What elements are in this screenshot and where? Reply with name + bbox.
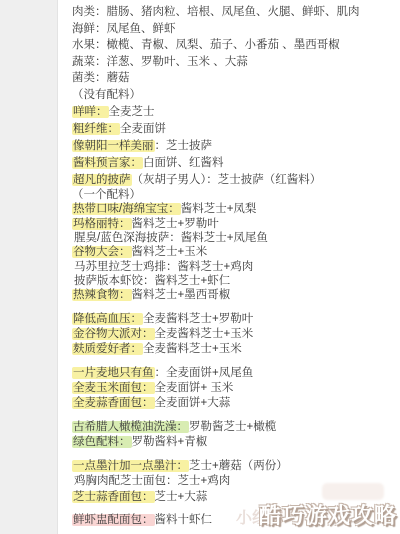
recipe-value: 白面饼、红酱料 <box>143 157 224 169</box>
recipe-name: 一片麦地只有鱼 <box>72 367 155 379</box>
category-text: 海鲜：凤尾鱼、鲜虾 <box>72 23 176 35</box>
category-line-mushroom: 菌类：蘑菇 <box>72 70 396 87</box>
recipe-group-sauce-cheese: 热带口味/海绵宝宝：酱料芝士+凤梨 玛格丽特：酱料芝士+罗勒叶 腥臭/蓝色深海披… <box>72 202 396 302</box>
recipe-line: 一片麦地只有鱼：全麦面饼+凤尾鱼 <box>72 366 396 381</box>
recipe-value: 酱料芝士+凤梨 <box>181 203 257 215</box>
recipe-line: 披萨版本虾饺：酱料芝士+虾仁 <box>72 274 396 288</box>
recipe-name: 热辣食物： <box>72 289 132 301</box>
recipe-line: 像朝阳一样美丽：芝士披萨 <box>72 138 396 155</box>
recipe-value: 全麦酱料芝士+罗勒叶 <box>143 313 253 325</box>
recipe-value: 酱料芝士+罗勒叶 <box>132 218 219 230</box>
recipe-line: 腥臭/蓝色深海披萨：酱料芝士+凤尾鱼 <box>72 231 396 245</box>
recipe-line: 粗纤维：全麦面饼 <box>72 121 396 138</box>
category-text: 蔬菜：洋葱、罗勒叶、玉米 、大蒜 <box>72 56 248 68</box>
section-header-no-topping: （没有配料） <box>72 87 396 104</box>
recipe-line: 麸质爱好者：全麦酱料芝士+玉米 <box>72 342 396 357</box>
recipe-line: 金谷物大派对：全麦酱料芝士+玉米 <box>72 327 396 342</box>
recipe-value: ：芝士披萨 <box>155 140 213 152</box>
left-gutter <box>0 0 58 534</box>
recipe-value: 酱料芝士+玉米 <box>132 246 208 258</box>
recipe-value: （灰胡子男人）：芝士披萨（红酱料） <box>132 174 322 186</box>
recipe-name: 降低高血压： <box>72 313 143 325</box>
recipe-name: 像朝阳一样美丽 <box>72 140 155 152</box>
recipe-value: 腥臭/蓝色深海披萨：酱料芝士+凤尾鱼 <box>74 232 268 244</box>
recipe-value: ：全麦面饼+凤尾鱼 <box>155 367 254 379</box>
category-text: 水果：橄榄、青椒、凤梨、茄子、小番茄 、墨西哥椒 <box>72 39 340 51</box>
recipe-group-basil-sauce: 古希腊人橄榄油洗澡：罗勒酱芝士+橄榄 绿色配料：罗勒酱料+青椒 <box>72 420 396 450</box>
section-header-one-topping: （一个配料） <box>72 189 396 203</box>
category-text: 菌类：蘑菇 <box>72 72 130 84</box>
recipe-value: 酱料芝士+墨西哥椒 <box>132 289 231 301</box>
recipe-name: 金谷物大派对： <box>72 328 155 340</box>
recipe-value: 全麦面饼+大蒜 <box>155 397 231 409</box>
recipe-line: 全麦玉米面包：全麦面饼+ 玉米 <box>72 381 396 396</box>
recipe-line: 降低高血压：全麦酱料芝士+罗勒叶 <box>72 312 396 327</box>
recipe-name: 全麦蒜香面包： <box>72 397 155 409</box>
category-line-fruit: 水果：橄榄、青椒、凤梨、茄子、小番茄 、墨西哥椒 <box>72 37 396 54</box>
recipe-name: 超凡的披萨 <box>72 174 132 186</box>
site-watermark: 酷巧游戏攻略 <box>259 499 397 530</box>
recipe-line: 热带口味/海绵宝宝：酱料芝士+凤梨 <box>72 202 396 216</box>
recipe-name: 麸质爱好者： <box>72 343 143 355</box>
category-line-seafood: 海鲜：凤尾鱼、鲜虾 <box>72 21 396 38</box>
recipe-name: 全麦玉米面包： <box>72 382 155 394</box>
recipe-line: 热辣食物：酱料芝士+墨西哥椒 <box>72 288 396 302</box>
section-header-text: （一个配料） <box>72 189 141 201</box>
recipe-line: 全麦蒜香面包：全麦面饼+大蒜 <box>72 396 396 411</box>
category-text: 肉类：腊肠、猪肉粒、培根、凤尾鱼、火腿、鲜虾、肌肉 <box>72 6 360 18</box>
recipe-guide-text: 肉类：腊肠、猪肉粒、培根、凤尾鱼、火腿、鲜虾、肌肉 海鲜：凤尾鱼、鲜虾 水果：橄… <box>72 4 396 528</box>
recipe-name: 热带口味/海绵宝宝： <box>72 203 181 215</box>
recipe-line: 酱料预言家：白面饼、红酱料 <box>72 155 396 172</box>
recipe-value: 芝士+蘑菇（两份） <box>189 460 288 472</box>
recipe-name: 鲜虾盅配面包： <box>72 514 155 526</box>
recipe-name: 酱料预言家： <box>72 157 143 169</box>
recipe-line: 玛格丽特：酱料芝士+罗勒叶 <box>72 217 396 231</box>
recipe-value: 罗勒酱芝士+橄榄 <box>189 421 276 433</box>
recipe-value: 全麦面饼+ 玉米 <box>155 382 234 394</box>
guide-page: 肉类：腊肠、猪肉粒、培根、凤尾鱼、火腿、鲜虾、肌肉 海鲜：凤尾鱼、鲜虾 水果：橄… <box>0 0 400 534</box>
recipe-name: 芝士蒜香面包： <box>72 491 155 503</box>
recipe-line: 谷物大会：酱料芝士+玉米 <box>72 245 396 259</box>
recipe-value: 酱料十虾仁 <box>155 514 213 526</box>
recipe-name: 一点墨汁加一点墨汁： <box>72 460 189 472</box>
recipe-group-wholewheat-crust: 一片麦地只有鱼：全麦面饼+凤尾鱼 全麦玉米面包：全麦面饼+ 玉米 全麦蒜香面包：… <box>72 366 396 411</box>
recipe-name: 谷物大会： <box>72 246 132 258</box>
recipe-line: 咩咩：全麦芝士 <box>72 104 396 121</box>
faint-watermark-badge <box>322 483 384 500</box>
no-topping-section: （没有配料） 咩咩：全麦芝士 粗纤维：全麦面饼 像朝阳一样美丽：芝士披萨 酱料预… <box>72 87 396 189</box>
category-line-meat: 肉类：腊肠、猪肉粒、培根、凤尾鱼、火腿、鲜虾、肌肉 <box>72 4 396 21</box>
category-line-vegetable: 蔬菜：洋葱、罗勒叶、玉米 、大蒜 <box>72 54 396 71</box>
one-topping-section: （一个配料） 热带口味/海绵宝宝：酱料芝士+凤梨 玛格丽特：酱料芝士+罗勒叶 腥… <box>72 189 396 528</box>
recipe-line: 绿色配料：罗勒酱料+青椒 <box>72 435 396 450</box>
recipe-value: 全麦酱料芝士+玉米 <box>155 328 254 340</box>
recipe-name: 粗纤维： <box>72 123 120 135</box>
recipe-line: 马苏里拉芝士鸡排：酱料芝士+鸡肉 <box>72 260 396 274</box>
recipe-name: 古希腊人橄榄油洗澡： <box>72 421 189 433</box>
recipe-value: 披萨版本虾饺：酱料芝士+虾仁 <box>74 275 230 287</box>
recipe-value: 马苏里拉芝士鸡排：酱料芝士+鸡肉 <box>74 261 253 273</box>
recipe-group-wholewheat-sauce: 降低高血压：全麦酱料芝士+罗勒叶 金谷物大派对：全麦酱料芝士+玉米 麸质爱好者：… <box>72 312 396 357</box>
recipe-value: 罗勒酱料+青椒 <box>132 436 208 448</box>
recipe-value: 全麦酱料芝士+玉米 <box>143 343 242 355</box>
recipe-name: 玛格丽特： <box>72 218 132 230</box>
section-header-text: （没有配料） <box>72 89 141 101</box>
recipe-name: 绿色配料： <box>72 436 132 448</box>
recipe-line: 超凡的披萨（灰胡子男人）：芝士披萨（红酱料） <box>72 172 396 189</box>
recipe-line: 古希腊人橄榄油洗澡：罗勒酱芝士+橄榄 <box>72 420 396 435</box>
recipe-value: 全麦芝士 <box>109 106 155 118</box>
recipe-line: 一点墨汁加一点墨汁：芝士+蘑菇（两份） <box>72 459 396 475</box>
recipe-name: 咩咩： <box>72 106 109 118</box>
recipe-value: 全麦面饼 <box>120 123 166 135</box>
ingredient-category-list: 肉类：腊肠、猪肉粒、培根、凤尾鱼、火腿、鲜虾、肌肉 海鲜：凤尾鱼、鲜虾 水果：橄… <box>72 4 396 87</box>
recipe-value: 芝士+大蒜 <box>155 491 208 503</box>
recipe-value: 鸡胸肉配芝士面包：芝士+鸡肉 <box>74 475 230 487</box>
